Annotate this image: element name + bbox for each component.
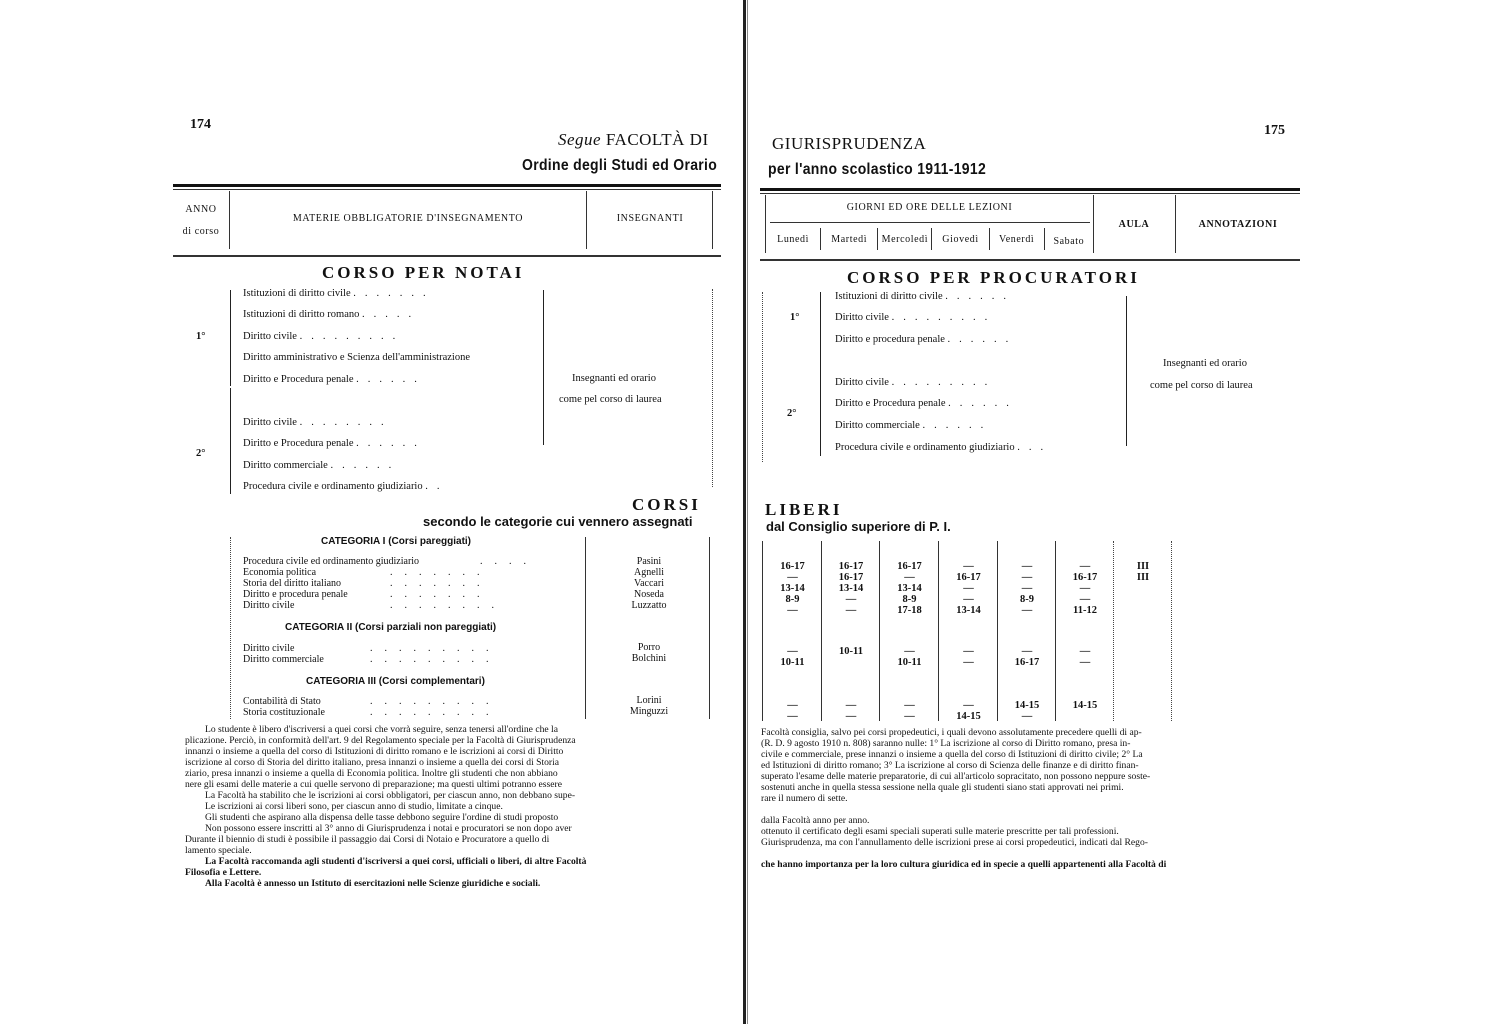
note-line: Lo studente è libero d'iscriversi a quei… bbox=[185, 724, 586, 735]
teacher: Vaccari bbox=[590, 578, 708, 589]
note-line: Giurisprudenza, ma con l'annullamento de… bbox=[761, 837, 1166, 848]
section-title-liberi: LIBERI bbox=[765, 500, 843, 520]
subject: Contabilità di Stato bbox=[243, 696, 325, 707]
schedule-block-2: —10-11 10-11 —10-11 —— —16-17 —— bbox=[763, 646, 1173, 668]
th-day: Lunedì bbox=[766, 228, 821, 250]
subject: Diritto e Procedura penale bbox=[243, 438, 354, 449]
leader-dots: .................. bbox=[370, 643, 501, 665]
teacher-list: Pasini Agnelli Vaccari Noseda Luzzatto bbox=[590, 556, 708, 611]
header-main: FACOLTÀ DI bbox=[606, 130, 709, 149]
note-teachers-2: come pel corso di laurea bbox=[1150, 380, 1253, 391]
year-label: 2° bbox=[196, 448, 205, 459]
subject: Istituzioni di diritto civile bbox=[835, 291, 943, 302]
header-rule-bottom bbox=[173, 255, 721, 257]
note-line: che hanno importanza per la loro cultura… bbox=[761, 859, 1166, 870]
teacher-list: Porro Bolchini bbox=[590, 642, 708, 664]
schedule-col: —16-17——11-12 bbox=[1056, 561, 1114, 616]
brace-left bbox=[230, 388, 237, 494]
th-day: Giovedì bbox=[932, 228, 989, 250]
note-line: (R. D. 9 agosto 1910 n. 808) saranno nul… bbox=[761, 738, 1166, 749]
note-line: Le iscrizioni ai corsi liberi sono, per … bbox=[185, 801, 586, 812]
note-line: La Facoltà raccomanda agli studenti d'is… bbox=[185, 856, 586, 867]
book-gutter-shadow bbox=[747, 0, 748, 1024]
brace-right bbox=[537, 290, 544, 445]
note-line: superato l'esame delle materie preparato… bbox=[761, 771, 1166, 782]
note-line: Facoltà consiglia, salvo pei corsi prope… bbox=[761, 727, 1166, 738]
subject: Diritto commerciale bbox=[243, 654, 324, 665]
teacher: Minguzzi bbox=[590, 706, 708, 717]
note-line: ottenuto il certificato degli esami spec… bbox=[761, 826, 1166, 837]
col-divider bbox=[712, 191, 713, 249]
col-divider bbox=[586, 191, 587, 249]
subject: Procedura civile e ordinamento giudiziar… bbox=[835, 442, 1015, 453]
th-aula: AULA bbox=[1093, 219, 1175, 230]
col-divider bbox=[229, 191, 230, 249]
schedule-col: —16-17——13-14 bbox=[939, 561, 998, 616]
note-line: Durante il biennio di studi è possibile … bbox=[185, 834, 586, 845]
subject: Diritto civile bbox=[243, 417, 297, 428]
page-number: 174 bbox=[190, 117, 211, 133]
leader-dots: .................. bbox=[370, 696, 501, 718]
teacher: Luzzatto bbox=[590, 600, 708, 611]
note-line: iscrizione al corso di Storia del diritt… bbox=[185, 757, 586, 768]
schedule-col: 16-17—13-148-917-18 bbox=[880, 561, 939, 616]
page-header-subtitle: per l'anno scolastico 1911-1912 bbox=[768, 159, 986, 177]
schedule-col: 16-17—13-148-9— bbox=[763, 561, 822, 616]
teacher: Pasini bbox=[590, 556, 708, 567]
header-rule-top bbox=[760, 188, 1300, 191]
col-divider bbox=[762, 292, 763, 462]
schedule-block-3: —— —— —— —14-15 14-15— 14-15 bbox=[763, 700, 1173, 722]
category-list: Contabilità di Stato Storia costituziona… bbox=[243, 696, 325, 718]
brace-left bbox=[230, 290, 237, 386]
th-materie: MATERIE OBBLIGATORIE D'INSEGNAMENTO bbox=[232, 213, 584, 224]
subject: Diritto commerciale bbox=[243, 460, 328, 471]
note-line: Non possono essere inscritti al 3° anno … bbox=[185, 823, 586, 834]
category-title: CATEGORIA II (Corsi parziali non pareggi… bbox=[285, 622, 496, 633]
subject: Economia politica bbox=[243, 567, 316, 578]
notes-block: Lo studente è libero d'iscriversi a quei… bbox=[185, 724, 586, 889]
col-divider bbox=[230, 537, 231, 719]
category-title: CATEGORIA I (Corsi pareggiati) bbox=[321, 536, 471, 547]
notes-block: Facoltà consiglia, salvo pei corsi prope… bbox=[761, 727, 1166, 870]
year-label: 1° bbox=[196, 331, 205, 342]
subject: Diritto e Procedura penale bbox=[243, 374, 354, 385]
year-label: 1° bbox=[790, 312, 799, 323]
subject: Diritto civile bbox=[243, 331, 297, 342]
liberi-subtitle: dal Consiglio superiore di P. I. bbox=[766, 519, 951, 534]
category-list: Diritto civile Diritto commerciale bbox=[243, 643, 324, 665]
teacher-list: Lorini Minguzzi bbox=[590, 695, 708, 717]
th-anno-sub: di corso bbox=[175, 226, 227, 237]
note-line: La Facoltà ha stabilito che le iscrizion… bbox=[185, 790, 586, 801]
note-line: innanzi o insieme a quella del corso di … bbox=[185, 746, 586, 757]
brace-left bbox=[820, 292, 827, 402]
subject: Istituzioni di diritto romano bbox=[243, 309, 359, 320]
corsi-subtitle: secondo le categorie cui vennero assegna… bbox=[423, 514, 692, 529]
year-label: 2° bbox=[787, 408, 796, 419]
schedule-col: 16-1716-1713-14—— bbox=[822, 561, 880, 616]
th-giorni: GIORNI ED ORE DELLE LEZIONI bbox=[766, 202, 1093, 213]
book-gutter bbox=[743, 0, 746, 1024]
note-line: lamento speciale. bbox=[185, 845, 586, 856]
th-annotazioni: ANNOTAZIONI bbox=[1178, 219, 1298, 230]
header-rule-top bbox=[173, 184, 721, 187]
note-spacer bbox=[761, 804, 1166, 815]
note-teachers: Insegnanti ed orario bbox=[1163, 358, 1247, 369]
note-line: ed Istituzioni di diritto romano; 3° La … bbox=[761, 760, 1166, 771]
note-line: Alla Facoltà è annesso un Istituto di es… bbox=[185, 878, 586, 889]
subject: Diritto civile bbox=[835, 312, 889, 323]
page-header-subtitle: Ordine degli Studi ed Orario bbox=[522, 155, 717, 173]
note-line: ziario, presa innanzi o insieme a quella… bbox=[185, 768, 586, 779]
th-insegnanti: INSEGNANTI bbox=[590, 213, 710, 224]
note-teachers: Insegnanti ed orario bbox=[572, 373, 656, 384]
note-line: dalla Facoltà anno per anno. bbox=[761, 815, 1166, 826]
schedule-col: ———8-9— bbox=[998, 561, 1056, 616]
category-title: CATEGORIA III (Corsi complementari) bbox=[306, 676, 485, 687]
subject: Diritto e Procedura penale bbox=[835, 398, 946, 409]
subject: Diritto civile bbox=[835, 377, 889, 388]
subject: Diritto commerciale bbox=[835, 420, 920, 431]
note-line: plicazione. Perciò, in conformità dell'a… bbox=[185, 735, 586, 746]
subject: Procedura civile e ordinamento giudiziar… bbox=[243, 481, 423, 492]
header-rule-top-thin bbox=[760, 193, 1300, 194]
note-line: civile e commerciale, prese innanzi o in… bbox=[761, 749, 1166, 760]
note-teachers-2: come pel corso di laurea bbox=[559, 394, 662, 405]
col-divider bbox=[585, 537, 586, 719]
note-line: Gli studenti che aspirano alla dispensa … bbox=[185, 812, 586, 823]
teacher: Noseda bbox=[590, 589, 708, 600]
subject: Istituzioni di diritto civile bbox=[243, 288, 351, 299]
th-day: Sabato bbox=[1045, 228, 1093, 250]
subheader-rule bbox=[770, 222, 1090, 223]
header-italic: Segue bbox=[558, 130, 601, 149]
brace-right bbox=[1120, 296, 1127, 446]
page-header-title: Segue FACOLTÀ DI bbox=[558, 130, 709, 150]
page-header-title: GIURISPRUDENZA bbox=[772, 134, 926, 154]
schedule-col-aula: IIIIII bbox=[1114, 561, 1172, 616]
col-divider bbox=[1175, 195, 1176, 253]
subject: Diritto amministrativo e Scienza dell'am… bbox=[243, 352, 470, 363]
col-divider bbox=[709, 537, 710, 719]
note-line: sostenuti anche in quella stessa session… bbox=[761, 782, 1166, 793]
section-title-notai: CORSO PER NOTAI bbox=[322, 263, 524, 283]
subject: Diritto civile bbox=[243, 600, 294, 611]
subject: Storia costituzionale bbox=[243, 707, 325, 718]
th-anno: ANNO bbox=[175, 204, 227, 215]
schedule-block-1: 16-17—13-148-9— 16-1716-1713-14—— 16-17—… bbox=[763, 561, 1173, 616]
note-spacer bbox=[761, 848, 1166, 859]
subject: Diritto e procedura penale bbox=[835, 334, 945, 345]
note-line: nere gli esami delle materie a cui quell… bbox=[185, 779, 586, 790]
header-rule-bottom bbox=[760, 259, 1300, 261]
note-line: rare il numero di sette. bbox=[761, 793, 1166, 804]
section-title-procuratori: CORSO PER PROCURATORI bbox=[847, 268, 1140, 288]
teacher: Bolchini bbox=[590, 653, 708, 664]
th-day: Mercoledì bbox=[878, 228, 932, 250]
subject: Diritto civile bbox=[243, 643, 324, 654]
days-row: Lunedì Martedì Mercoledì Giovedì Venerdì… bbox=[766, 228, 1093, 250]
teacher: Porro bbox=[590, 642, 708, 653]
header-rule-top-thin bbox=[173, 189, 721, 190]
subject: Storia del diritto italiano bbox=[243, 578, 341, 589]
leader-dots: ................................. bbox=[390, 556, 538, 611]
subject: Diritto e procedura penale bbox=[243, 589, 348, 600]
teacher: Lorini bbox=[590, 695, 708, 706]
col-divider bbox=[712, 289, 713, 487]
section-title-corsi: CORSI bbox=[632, 495, 701, 515]
page-number: 175 bbox=[1264, 123, 1285, 139]
note-line: Filosofia e Lettere. bbox=[185, 867, 586, 878]
th-day: Venerdì bbox=[990, 228, 1045, 250]
brace-left bbox=[820, 390, 827, 456]
th-day: Martedì bbox=[821, 228, 878, 250]
teacher: Agnelli bbox=[590, 567, 708, 578]
